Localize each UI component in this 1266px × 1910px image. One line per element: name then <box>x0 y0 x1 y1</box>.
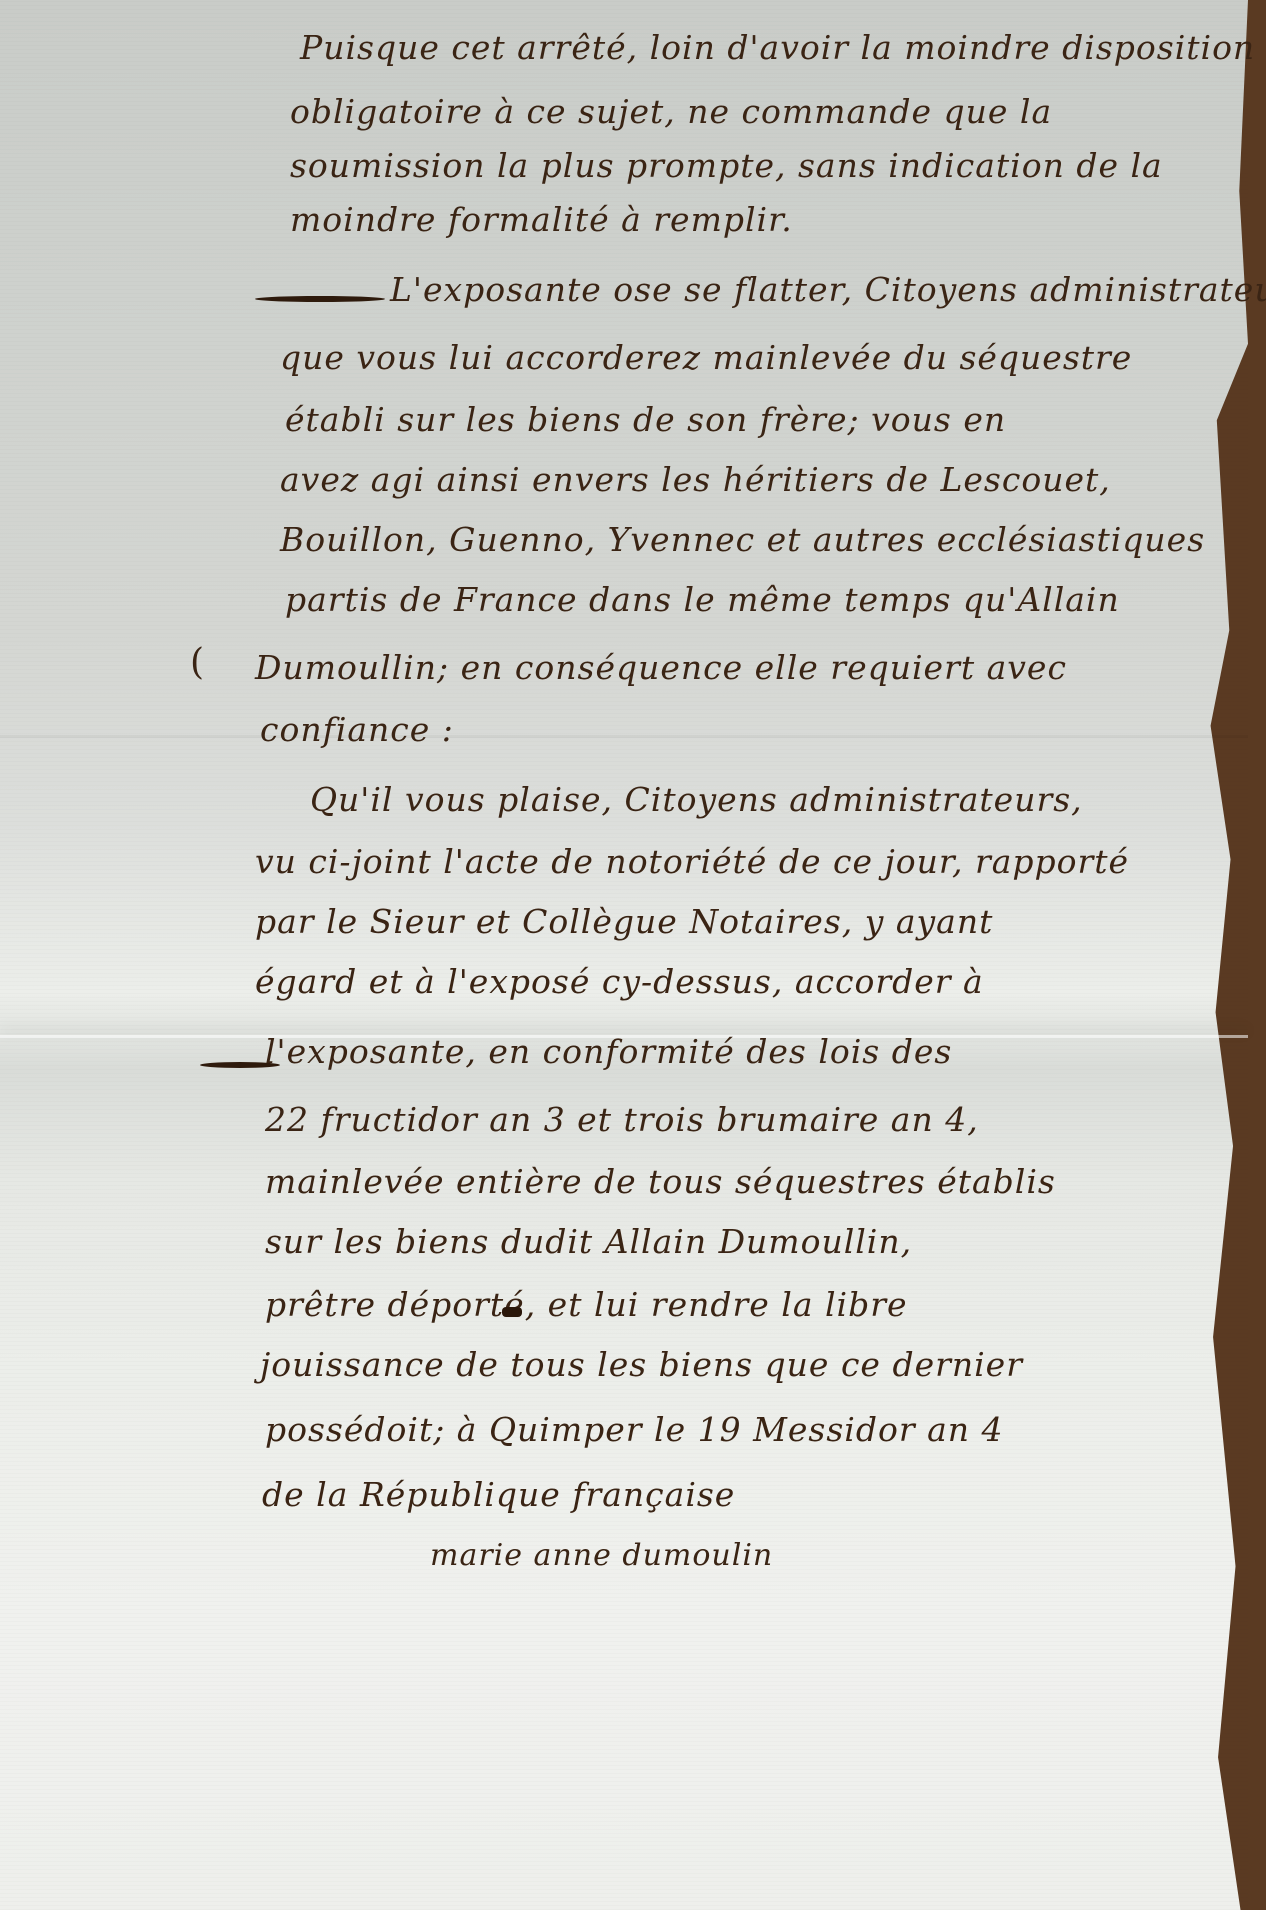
text-line: Puisque cet arrêté, loin d'avoir la moin… <box>300 28 1255 67</box>
text-line: vu ci-joint l'acte de notoriété de ce jo… <box>255 842 1129 881</box>
text-line: possédoit; à Quimper le 19 Messidor an 4 <box>265 1410 1004 1449</box>
text-line: établi sur les biens de son frère; vous … <box>285 400 1006 439</box>
text-line: Dumoullin; en conséquence elle requiert … <box>255 648 1067 687</box>
text-line: avez agi ainsi envers les héritiers de L… <box>280 460 1111 499</box>
text-line: soumission la plus prompte, sans indicat… <box>290 146 1163 185</box>
text-line: égard et à l'exposé cy-dessus, accorder … <box>255 962 984 1001</box>
text-line: Qu'il vous plaise, Citoyens administrate… <box>310 780 1083 819</box>
text-line: sur les biens dudit Allain Dumoullin, <box>265 1222 912 1261</box>
text-line: Bouillon, Guenno, Yvennec et autres eccl… <box>280 520 1205 559</box>
text-line: par le Sieur et Collègue Notaires, y aya… <box>255 902 993 941</box>
signature: marie anne dumoulin <box>430 1538 773 1573</box>
text-line: obligatoire à ce sujet, ne commande que … <box>290 92 1052 131</box>
parenthesis-flourish: ( <box>190 642 204 683</box>
paragraph-flourish <box>255 296 385 302</box>
text-line: de la République française <box>262 1475 735 1514</box>
text-line: L'exposante ose se flatter, Citoyens adm… <box>390 270 1266 309</box>
text-line: mainlevée entière de tous séquestres éta… <box>265 1162 1056 1201</box>
ink-blot <box>502 1307 522 1317</box>
text-line: prêtre déporté, et lui rendre la libre <box>265 1285 908 1324</box>
text-line: l'exposante, en conformité des lois des <box>265 1032 952 1071</box>
text-line: moindre formalité à remplir. <box>290 200 793 239</box>
text-line: que vous lui accorderez mainlevée du séq… <box>280 338 1132 377</box>
text-line: partis de France dans le même temps qu'A… <box>285 580 1120 619</box>
text-line: jouissance de tous les biens que ce dern… <box>260 1345 1023 1384</box>
text-line: confiance : <box>260 710 454 749</box>
text-line: 22 fructidor an 3 et trois brumaire an 4… <box>265 1100 979 1139</box>
paper-fold <box>0 735 1248 738</box>
